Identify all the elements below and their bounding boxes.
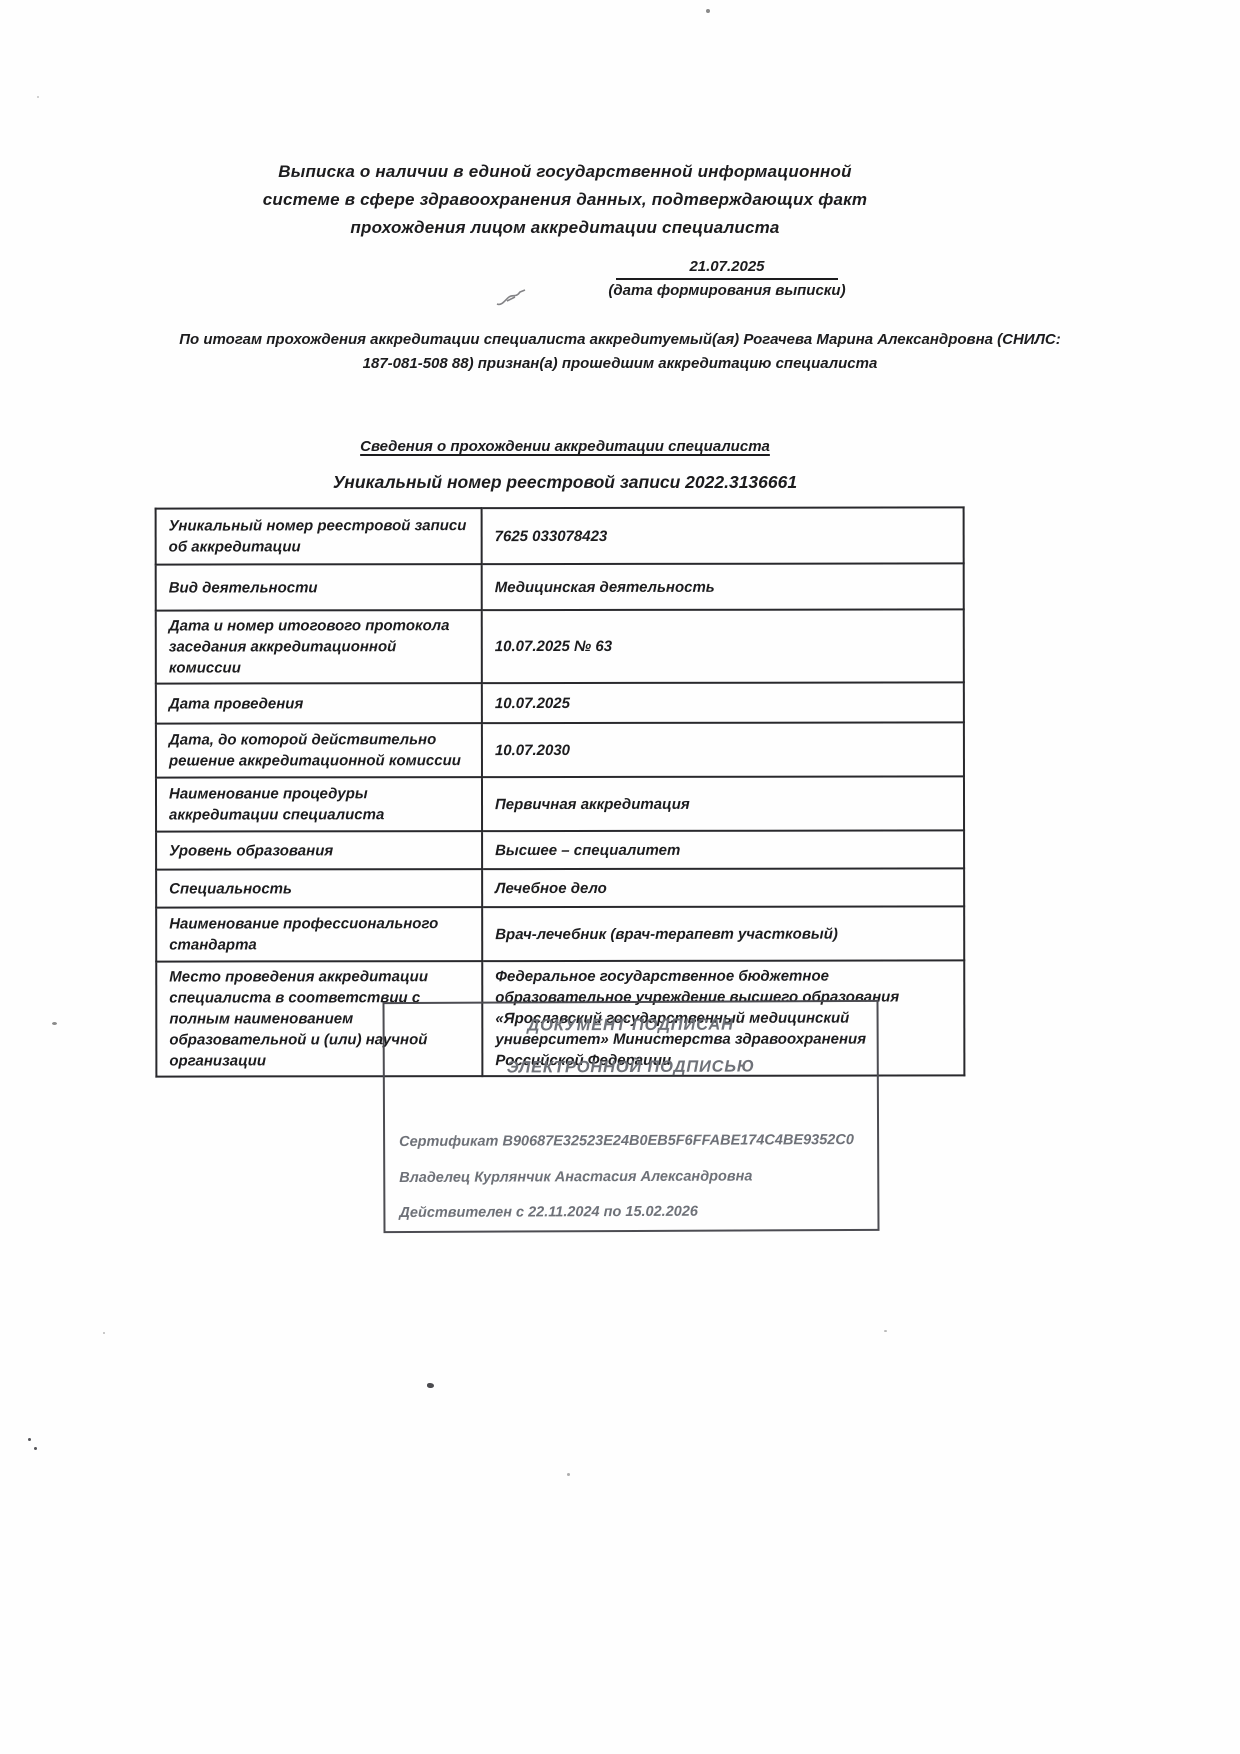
- accreditation-table: Уникальный номер реестровой записи об ак…: [155, 506, 966, 1077]
- row-value: Первичная аккредитация: [482, 776, 964, 831]
- table-row: Вид деятельности Медицинская деятельност…: [156, 563, 964, 610]
- table-row: Дата проведения 10.07.2025: [156, 682, 964, 723]
- row-label: Дата и номер итогового протокола заседан…: [156, 610, 482, 683]
- row-value: Высшее – специалитет: [482, 830, 964, 869]
- row-label: Уникальный номер реестровой записи об ак…: [156, 508, 482, 564]
- row-value: Лечебное дело: [482, 868, 964, 907]
- row-value: Медицинская деятельность: [482, 563, 964, 610]
- row-label: Наименование процедуры аккредитации спец…: [156, 777, 482, 831]
- section-heading: Сведения о прохождении аккредитации спец…: [170, 438, 960, 455]
- row-value: 10.07.2025: [482, 682, 964, 723]
- title-line-1: Выписка о наличии в единой государственн…: [170, 158, 960, 186]
- scan-artifact: [884, 1330, 887, 1332]
- intro-paragraph: По итогам прохождения аккредитации специ…: [130, 328, 1110, 376]
- table-row: Наименование процедуры аккредитации спец…: [156, 776, 964, 831]
- row-value: 10.07.2025 № 63: [482, 609, 964, 683]
- row-label: Специальность: [156, 869, 482, 907]
- extract-date-block: 21.07.2025 (дата формирования выписки): [608, 258, 846, 299]
- intro-line-1: По итогам прохождения аккредитации специ…: [130, 328, 1110, 352]
- row-value: Врач-лечебник (врач-терапевт участковый): [482, 906, 964, 961]
- scan-artifact: [706, 9, 710, 13]
- certificate-line: Сертификат B90687E32523E24B0EB5F6FFABE17…: [399, 1132, 867, 1150]
- scan-artifact: [567, 1473, 570, 1476]
- row-label: Вид деятельности: [156, 564, 482, 610]
- row-label: Уровень образования: [156, 831, 482, 869]
- signature-box: ДОКУМЕНТ ПОДПИСАН ЭЛЕКТРОННОЙ ПОДПИСЬЮ С…: [382, 1000, 879, 1233]
- row-label: Дата проведения: [156, 683, 482, 723]
- table-row: Дата и номер итогового протокола заседан…: [156, 609, 964, 683]
- section-heading-text: Сведения о прохождении аккредитации спец…: [360, 438, 770, 455]
- intro-line-2: 187-081-508 88) признан(а) прошедшим акк…: [130, 352, 1110, 376]
- row-label: Дата, до которой действительно решение а…: [156, 723, 482, 777]
- title-line-3: прохождения лицом аккредитации специалис…: [170, 214, 960, 242]
- document-page: Выписка о наличии в единой государственн…: [0, 0, 1240, 1754]
- document-title: Выписка о наличии в единой государственн…: [170, 158, 960, 242]
- extract-date-caption: (дата формирования выписки): [608, 280, 846, 299]
- row-label: Наименование профессионального стандарта: [156, 907, 482, 961]
- scan-artifact: [37, 96, 39, 98]
- owner-line: Владелец Курлянчик Анастасия Александров…: [399, 1168, 867, 1186]
- validity-line: Действителен с 22.11.2024 по 15.02.2026: [399, 1203, 867, 1221]
- table-row: Дата, до которой действительно решение а…: [156, 722, 964, 777]
- scan-artifact: [52, 1022, 57, 1025]
- signature-heading-2: ЭЛЕКТРОННОЙ ПОДПИСЬЮ: [385, 1057, 877, 1078]
- scan-artifact: [34, 1447, 37, 1450]
- pen-squiggle-artifact: [495, 288, 529, 308]
- scan-artifact: [28, 1438, 31, 1441]
- scan-artifact: [427, 1383, 434, 1388]
- table-row: Наименование профессионального стандарта…: [156, 906, 964, 961]
- table-row: Уровень образования Высшее – специалитет: [156, 830, 964, 869]
- row-value: 10.07.2030: [482, 722, 964, 777]
- row-value: 7625 033078423: [482, 507, 964, 564]
- table-row: Уникальный номер реестровой записи об ак…: [156, 507, 964, 564]
- table-row: Специальность Лечебное дело: [156, 868, 964, 907]
- registry-number-heading: Уникальный номер реестровой записи 2022.…: [170, 472, 960, 493]
- title-line-2: системе в сфере здравоохранения данных, …: [170, 186, 960, 214]
- extract-date: 21.07.2025: [616, 258, 838, 280]
- signature-heading-1: ДОКУМЕНТ ПОДПИСАН: [385, 1015, 877, 1036]
- scan-artifact: [103, 1332, 105, 1334]
